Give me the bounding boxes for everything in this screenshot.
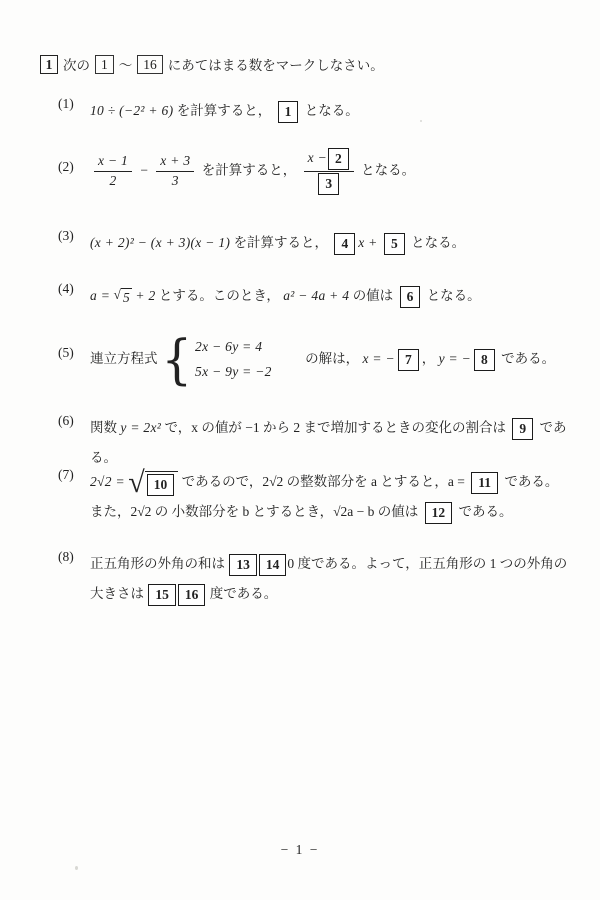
equation-2: 5x − 9y = −2: [195, 364, 272, 380]
problem-3-label: (3): [58, 228, 90, 244]
range-end-box: 16: [137, 55, 163, 74]
answer-fraction-prefix: x −: [308, 150, 327, 165]
problem-3: (3) (x + 2)² − (x + 3)(x − 1) を計算すると， 4x…: [58, 228, 568, 258]
answer-box-6: 6: [400, 286, 421, 308]
fraction-1: x − 1 2: [94, 153, 132, 190]
answer-box-16: 16: [178, 584, 206, 606]
problem-8-pre: 正五角形の外角の和は: [90, 556, 225, 571]
sqrt-box-10: √10: [128, 470, 178, 496]
header-text-before: 次の: [63, 54, 90, 74]
problem-5-body: 連立方程式{2x − 6y = 45x − 9y = −2 の解は， x = −…: [90, 330, 568, 388]
radicand-box: 10: [145, 471, 179, 496]
problem-1-expression: 10 ÷ (−2² + 6): [90, 103, 173, 118]
answer-box-4: 4: [334, 233, 355, 255]
problem-5-pre: 連立方程式: [90, 351, 158, 366]
header-text-after: にあてはまる数をマークしなさい。: [168, 54, 384, 74]
problem-8: (8) 正五角形の外角の和は 13140 度である。よって，正五角形の 1 つの…: [58, 549, 568, 609]
scan-speckle: [420, 120, 422, 122]
problem-5-label: (5): [58, 330, 90, 361]
answer-box-15: 15: [148, 584, 176, 606]
problem-4-body: a = √5 + 2 とする。このとき， a² − 4a + 4 の値は 6 と…: [90, 281, 568, 311]
problem-7: (7) 2√2 = √10 であるので，2√2 の整数部分を a とすると，a …: [58, 467, 568, 527]
radical-sign-large: √: [128, 470, 144, 496]
range-start-box: 1: [95, 55, 114, 74]
fraction-2: x + 3 3: [156, 153, 194, 190]
answer-box-14: 14: [259, 554, 287, 576]
exam-page: 1 次の 1 ～ 16 にあてはまる数をマークしなさい。 (1) 10 ÷ (−…: [0, 0, 600, 900]
answer-fraction: x −2 3: [304, 148, 354, 195]
section-header: 1 次の 1 ～ 16 にあてはまる数をマークしなさい。: [40, 54, 560, 74]
problem-5-x-prefix: x = −: [362, 351, 394, 366]
sqrt-5: √5: [114, 288, 132, 306]
problem-4-mid2: の値は: [353, 288, 394, 303]
problem-6-expression: y = 2x²: [120, 420, 161, 435]
problem-7-tail: である。: [459, 504, 513, 519]
problem-7-label: (7): [58, 467, 90, 483]
problem-6-pre: 関数: [90, 420, 117, 435]
problem-4-label: (4): [58, 281, 90, 297]
problem-2-mid: を計算すると，: [202, 163, 297, 178]
fraction-1-numerator: x − 1: [94, 153, 132, 172]
answer-box-2: 2: [328, 148, 349, 170]
problem-8-body: 正五角形の外角の和は 13140 度である。よって，正五角形の 1 つの外角の大…: [90, 549, 568, 609]
answer-box-12: 12: [425, 502, 453, 524]
problem-3-between: x +: [358, 235, 377, 250]
problem-4: (4) a = √5 + 2 とする。このとき， a² − 4a + 4 の値は…: [58, 281, 568, 311]
problem-7-mid1: であるので，2√2 の整数部分を a とすると，a =: [182, 474, 465, 489]
system-equations: 2x − 6y = 45x − 9y = −2: [195, 339, 272, 380]
answer-box-10: 10: [147, 474, 175, 496]
problem-8-label: (8): [58, 549, 90, 565]
problem-8-tail: 度である。: [210, 586, 278, 601]
scan-speckle: [75, 866, 78, 870]
answer-fraction-denominator: 3: [304, 172, 354, 195]
system-brace: {: [162, 331, 193, 389]
problem-5-mid: の解は，: [305, 351, 359, 366]
problem-1: (1) 10 ÷ (−2² + 6) を計算すると， 1 となる。: [58, 96, 568, 126]
problem-6-body: 関数 y = 2x² で，x の値が −1 から 2 まで増加するときの変化の割…: [90, 413, 568, 473]
problem-5-y-prefix: y = −: [439, 351, 471, 366]
section-number-box: 1: [40, 55, 58, 74]
fraction-2-denominator: 3: [156, 172, 194, 190]
problem-2-tail: となる。: [361, 163, 415, 178]
problem-5: (5) 連立方程式{2x − 6y = 45x − 9y = −2 の解は， x…: [58, 330, 568, 388]
answer-fraction-numerator: x −2: [304, 148, 354, 172]
problem-4-pre: a =: [90, 288, 110, 303]
problem-4-mid1: とする。このとき，: [159, 288, 280, 303]
minus-sign: −: [139, 163, 148, 178]
problem-2: (2) x − 1 2 − x + 3 3 を計算すると， x −2 3 となる…: [58, 148, 568, 195]
answer-box-7: 7: [398, 349, 419, 371]
page-number: − 1 −: [0, 842, 600, 858]
tilde: ～: [119, 54, 133, 74]
problem-4-expression-2: a² − 4a + 4: [283, 288, 349, 303]
answer-box-5: 5: [384, 233, 405, 255]
answer-box-13: 13: [229, 554, 257, 576]
fraction-2-numerator: x + 3: [156, 153, 194, 172]
problem-1-label: (1): [58, 96, 90, 112]
problem-1-mid: を計算すると，: [177, 103, 272, 118]
problem-3-expression: (x + 2)² − (x + 3)(x − 1): [90, 235, 230, 250]
radical-sign: √: [114, 288, 121, 303]
answer-box-9: 9: [512, 418, 533, 440]
problem-3-tail: となる。: [411, 235, 465, 250]
problem-7-body: 2√2 = √10 であるので，2√2 の整数部分を a とすると，a = 11…: [90, 467, 568, 527]
problem-1-body: 10 ÷ (−2² + 6) を計算すると， 1 となる。: [90, 96, 568, 126]
problem-3-body: (x + 2)² − (x + 3)(x − 1) を計算すると， 4x + 5…: [90, 228, 568, 258]
answer-box-3: 3: [318, 173, 339, 195]
fraction-1-denominator: 2: [94, 172, 132, 190]
problem-6-mid: で，x の値が −1 から 2 まで増加するときの変化の割合は: [165, 420, 506, 435]
problem-2-label: (2): [58, 148, 90, 175]
problem-5-comma: ，: [422, 351, 436, 366]
problem-1-tail: となる。: [305, 103, 359, 118]
equation-system: {2x − 6y = 45x − 9y = −2: [162, 334, 272, 386]
radicand: 5: [121, 288, 132, 306]
problem-7-pre: 2√2 =: [90, 474, 125, 489]
problem-2-body: x − 1 2 − x + 3 3 を計算すると， x −2 3 となる。: [90, 148, 568, 195]
problem-4-tail: となる。: [427, 288, 481, 303]
problem-6: (6) 関数 y = 2x² で，x の値が −1 から 2 まで増加するときの…: [58, 413, 568, 473]
answer-box-11: 11: [471, 472, 498, 494]
problem-4-after-sqrt: + 2: [135, 288, 155, 303]
answer-box-8: 8: [474, 349, 495, 371]
answer-box-1: 1: [278, 101, 299, 123]
problem-3-mid: を計算すると，: [234, 235, 329, 250]
equation-1: 2x − 6y = 4: [195, 339, 272, 355]
problem-5-tail: である。: [501, 351, 555, 366]
problem-6-label: (6): [58, 413, 90, 429]
